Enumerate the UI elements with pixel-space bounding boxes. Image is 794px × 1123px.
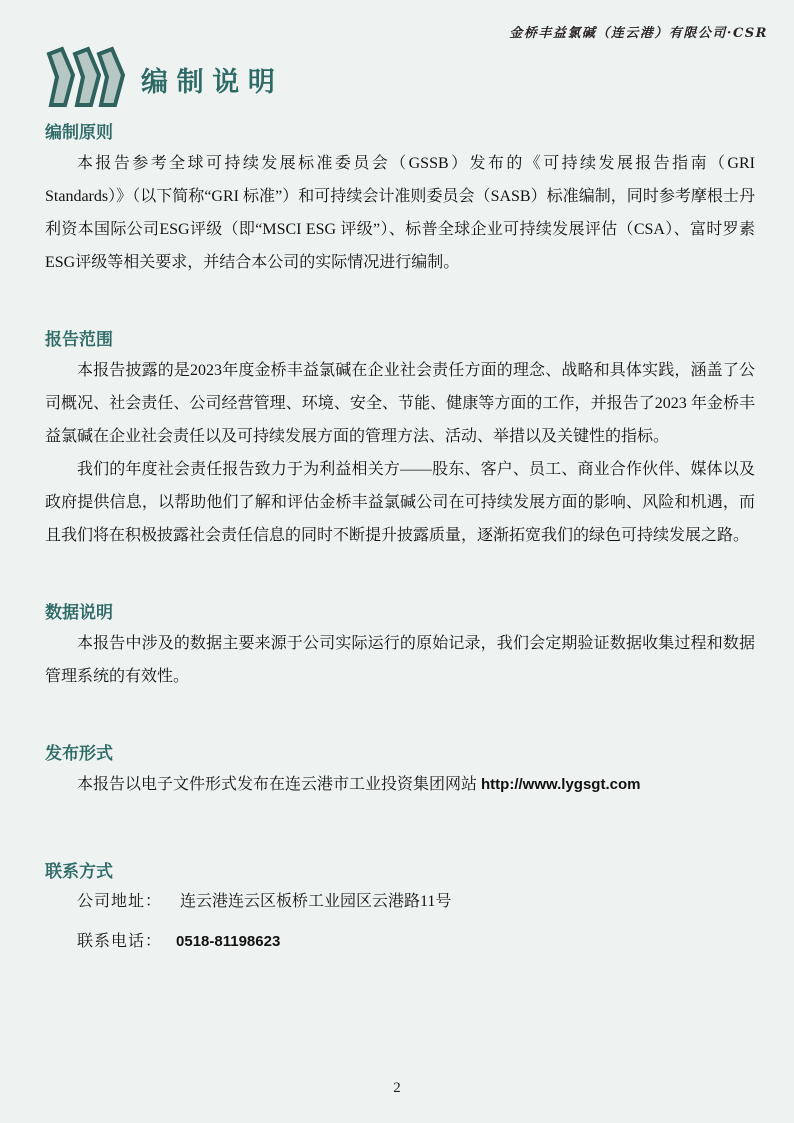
phone-label: 联系电话： bbox=[77, 933, 162, 950]
publication-line: 本报告以电子文件形式发布在连云港市工业投资集团网站 http://www.lyg… bbox=[45, 768, 755, 801]
paragraph: 本报告参考全球可持续发展标准委员会（GSSB）发布的《可持续发展报告指南（GRI… bbox=[45, 147, 755, 279]
section-heading: 发布形式 bbox=[45, 739, 755, 764]
publication-text: 本报告以电子文件形式发布在连云港市工业投资集团网站 bbox=[77, 776, 477, 793]
section-compilation-principles: 编制原则 本报告参考全球可持续发展标准委员会（GSSB）发布的《可持续发展报告指… bbox=[45, 118, 755, 279]
title-block: 编制说明 bbox=[45, 46, 284, 113]
section-contact-info: 联系方式 公司地址： 连云港连云区板桥工业园区云港路11号 联系电话： 0518… bbox=[45, 857, 755, 957]
section-data-notes: 数据说明 本报告中涉及的数据主要来源于公司实际运行的原始记录，我们会定期验证数据… bbox=[45, 598, 755, 693]
address-label: 公司地址： bbox=[77, 893, 162, 910]
document-body: 编制原则 本报告参考全球可持续发展标准委员会（GSSB）发布的《可持续发展报告指… bbox=[45, 118, 755, 966]
section-heading: 数据说明 bbox=[45, 598, 755, 623]
phone-value: 0518-81198623 bbox=[176, 933, 280, 950]
paragraph: 本报告披露的是2023年度金桥丰益氯碱在企业社会责任方面的理念、战略和具体实践，… bbox=[45, 354, 755, 453]
page-footer: 2 bbox=[0, 1080, 794, 1097]
section-heading: 联系方式 bbox=[45, 857, 755, 882]
page-number: 2 bbox=[393, 1080, 401, 1096]
section-heading: 编制原则 bbox=[45, 118, 755, 143]
section-publication-form: 发布形式 本报告以电子文件形式发布在连云港市工业投资集团网站 http://ww… bbox=[45, 739, 755, 801]
paragraph: 我们的年度社会责任报告致力于为利益相关方——股东、客户、员工、商业合作伙伴、媒体… bbox=[45, 453, 755, 552]
page-title: 编制说明 bbox=[141, 60, 284, 99]
section-report-scope: 报告范围 本报告披露的是2023年度金桥丰益氯碱在企业社会责任方面的理念、战略和… bbox=[45, 325, 755, 552]
report-page: 金桥丰益氯碱（连云港）有限公司·CSR 编制说明 编制原则 本报告参考全球可持续… bbox=[0, 0, 794, 1123]
company-name: 金桥丰益氯碱（连云港）有限公司·CSR bbox=[509, 26, 768, 41]
website-link[interactable]: http://www.lygsgt.com bbox=[481, 776, 640, 793]
contact-phone-row: 联系电话： 0518-81198623 bbox=[45, 926, 755, 957]
paragraph: 本报告中涉及的数据主要来源于公司实际运行的原始记录，我们会定期验证数据收集过程和… bbox=[45, 627, 755, 693]
section-heading: 报告范围 bbox=[45, 325, 755, 350]
address-value: 连云港连云区板桥工业园区云港路11号 bbox=[180, 893, 451, 910]
page-header: 金桥丰益氯碱（连云港）有限公司·CSR bbox=[509, 22, 768, 41]
contact-address-row: 公司地址： 连云港连云区板桥工业园区云港路11号 bbox=[45, 886, 755, 917]
triple-chevron-icon bbox=[45, 46, 125, 113]
